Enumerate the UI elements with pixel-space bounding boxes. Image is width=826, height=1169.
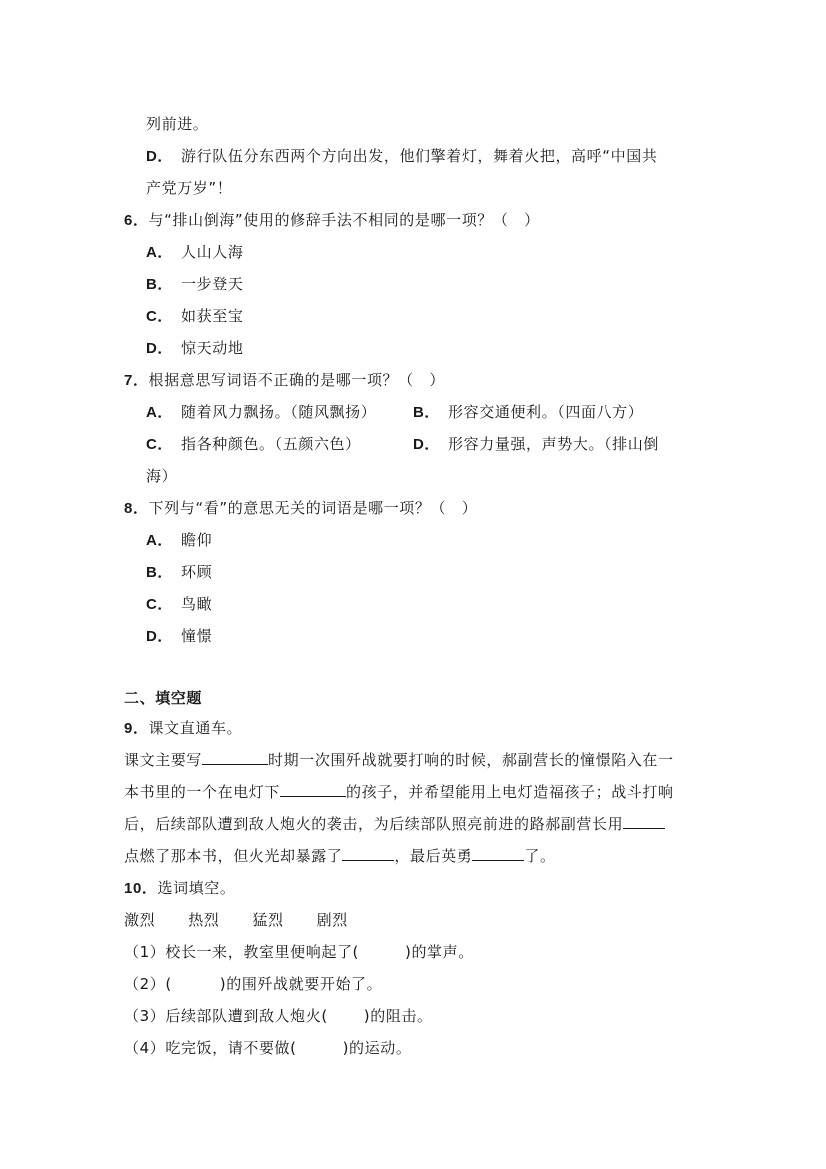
question-number: 9． <box>124 720 149 737</box>
q7-option-c[interactable]: C．指各种颜色。（五颜六色） <box>146 434 361 455</box>
text: )的运动。 <box>343 1039 412 1057</box>
q5-option-d-continuation: 产党万岁”！ <box>146 178 232 198</box>
option-text: 形容交通便利。（四面八方） <box>448 403 643 421</box>
q9-stem: 9．课文直通车。 <box>124 718 242 739</box>
question-number: 8． <box>124 500 149 517</box>
q10-item-2: （2）()的围歼战就要开始了。 <box>124 974 382 994</box>
fill-blank-4[interactable] <box>342 846 394 861</box>
option-text: 人山人海 <box>181 243 243 261</box>
text: 了。 <box>524 847 555 865</box>
text: ，最后英勇 <box>394 847 472 865</box>
question-number: 10． <box>124 880 158 897</box>
option-text: 鸟瞰 <box>181 595 212 613</box>
text: ( <box>165 975 171 993</box>
fill-blank-5[interactable] <box>472 846 524 861</box>
q10-item-4: （4）吃完饭，请不要做()的运动。 <box>124 1038 411 1058</box>
option-text: 瞻仰 <box>181 531 212 549</box>
option-label: C． <box>146 596 173 613</box>
q5-option-d: D．游行队伍分东西两个方向出发，他们擎着灯，舞着火把，高呼“中国共 <box>146 146 657 167</box>
question-number: 6． <box>124 212 149 229</box>
option-text: 如获至宝 <box>181 307 243 325</box>
q8-option-a[interactable]: A．瞻仰 <box>146 530 212 551</box>
option-text: 环顾 <box>181 563 212 581</box>
q9-paragraph-line-3: 后，后续部队遭到敌人炮火的袭击，为后续部队照亮前进的路郝副营长用 <box>124 814 665 834</box>
text: 课文主要写 <box>124 751 202 769</box>
option-text: 一步登天 <box>181 275 243 293</box>
q7-option-a[interactable]: A．随着风力飘扬。（随风飘扬） <box>146 402 376 423</box>
q10-word-bank: 激烈热烈猛烈剧烈 <box>124 910 348 930</box>
q8-option-b[interactable]: B．环顾 <box>146 562 212 583</box>
q8-option-c[interactable]: C．鸟瞰 <box>146 594 212 615</box>
item-number: （2） <box>124 975 165 993</box>
question-text: 根据意思写词语不正确的是哪一项？（ ） <box>149 371 445 389</box>
q6-option-b[interactable]: B．一步登天 <box>146 274 243 295</box>
text: )的围歼战就要开始了。 <box>220 975 382 993</box>
q6-stem: 6．与“排山倒海”使用的修辞手法不相同的是哪一项？（ ） <box>124 210 540 231</box>
item-number: （1） <box>124 943 165 961</box>
text: )的阻击。 <box>364 1007 433 1025</box>
q9-paragraph-line-1: 课文主要写时期一次围歼战就要打响的时候，郝副营长的憧憬陷入在一 <box>124 750 674 770</box>
fill-blank-1[interactable] <box>202 750 268 765</box>
q6-option-c[interactable]: C．如获至宝 <box>146 306 243 327</box>
q8-stem: 8．下列与“看”的意思无关的词语是哪一项？（ ） <box>124 498 477 519</box>
question-text: 下列与“看”的意思无关的词语是哪一项？（ ） <box>149 499 478 517</box>
q8-option-d[interactable]: D．憧憬 <box>146 626 212 647</box>
option-label: A． <box>146 404 173 421</box>
q6-option-a[interactable]: A．人山人海 <box>146 242 243 263</box>
text: 后，后续部队遭到敌人炮火的袭击，为后续部队照亮前进的路郝副营长用 <box>124 815 623 833</box>
option-text: 憧憬 <box>181 627 212 645</box>
question-text: 与“排山倒海”使用的修辞手法不相同的是哪一项？（ ） <box>149 211 540 229</box>
word-option: 热烈 <box>188 911 219 929</box>
question-text: 选词填空。 <box>158 879 236 897</box>
option-text: 指各种颜色。（五颜六色） <box>181 435 361 453</box>
q7-option-b[interactable]: B．形容交通便利。（四面八方） <box>413 402 643 423</box>
q9-paragraph-line-4: 点燃了那本书，但火光却暴露了，最后英勇了。 <box>124 846 556 866</box>
section-heading-fill-in: 二、填空题 <box>124 688 202 708</box>
option-label: D． <box>413 436 440 453</box>
option-text: 游行队伍分东西两个方向出发，他们擎着灯，舞着火把，高呼“中国共 <box>181 147 657 165</box>
option-label: B． <box>413 404 440 421</box>
option-label: C． <box>146 308 173 325</box>
question-number: 7． <box>124 372 149 389</box>
option-label: C． <box>146 436 173 453</box>
question-text: 课文直通车。 <box>149 719 243 737</box>
text: 的孩子，并希望能用上电灯造福孩子；战斗打响 <box>346 783 674 801</box>
option-label: D． <box>146 148 173 165</box>
q7-option-d-continuation: 海） <box>146 466 177 486</box>
text: )的掌声。 <box>405 943 474 961</box>
text: 吃完饭，请不要做( <box>165 1039 296 1057</box>
option-label: B． <box>146 276 173 293</box>
option-label: D． <box>146 628 173 645</box>
item-number: （3） <box>124 1007 165 1025</box>
text: 点燃了那本书，但火光却暴露了 <box>124 847 342 865</box>
q5-optionC-continuation: 列前进。 <box>146 114 208 134</box>
text: 时期一次围歼战就要打响的时候，郝副营长的憧憬陷入在一 <box>268 751 674 769</box>
word-option: 激烈 <box>124 911 155 929</box>
q10-item-1: （1）校长一来，教室里便响起了()的掌声。 <box>124 942 474 962</box>
q7-option-d[interactable]: D．形容力量强，声势大。（排山倒 <box>413 434 659 455</box>
word-option: 剧烈 <box>317 911 348 929</box>
q10-item-3: （3）后续部队遭到敌人炮火()的阻击。 <box>124 1006 433 1026</box>
text: 校长一来，教室里便响起了( <box>165 943 359 961</box>
q10-stem: 10．选词填空。 <box>124 878 236 899</box>
item-number: （4） <box>124 1039 165 1057</box>
q9-paragraph-line-2: 本书里的一个在电灯下的孩子，并希望能用上电灯造福孩子；战斗打响 <box>124 782 674 802</box>
word-option: 猛烈 <box>252 911 283 929</box>
option-label: A． <box>146 532 173 549</box>
option-label: D． <box>146 340 173 357</box>
option-label: B． <box>146 564 173 581</box>
q6-option-d[interactable]: D．惊天动地 <box>146 338 243 359</box>
option-label: A． <box>146 244 173 261</box>
fill-blank-3[interactable] <box>623 814 665 829</box>
q7-stem: 7．根据意思写词语不正确的是哪一项？（ ） <box>124 370 445 391</box>
fill-blank-2[interactable] <box>280 782 346 797</box>
text: 后续部队遭到敌人炮火( <box>165 1007 327 1025</box>
text: 本书里的一个在电灯下 <box>124 783 280 801</box>
option-text: 惊天动地 <box>181 339 243 357</box>
option-text: 形容力量强，声势大。（排山倒 <box>448 435 659 453</box>
option-text: 随着风力飘扬。（随风飘扬） <box>181 403 376 421</box>
